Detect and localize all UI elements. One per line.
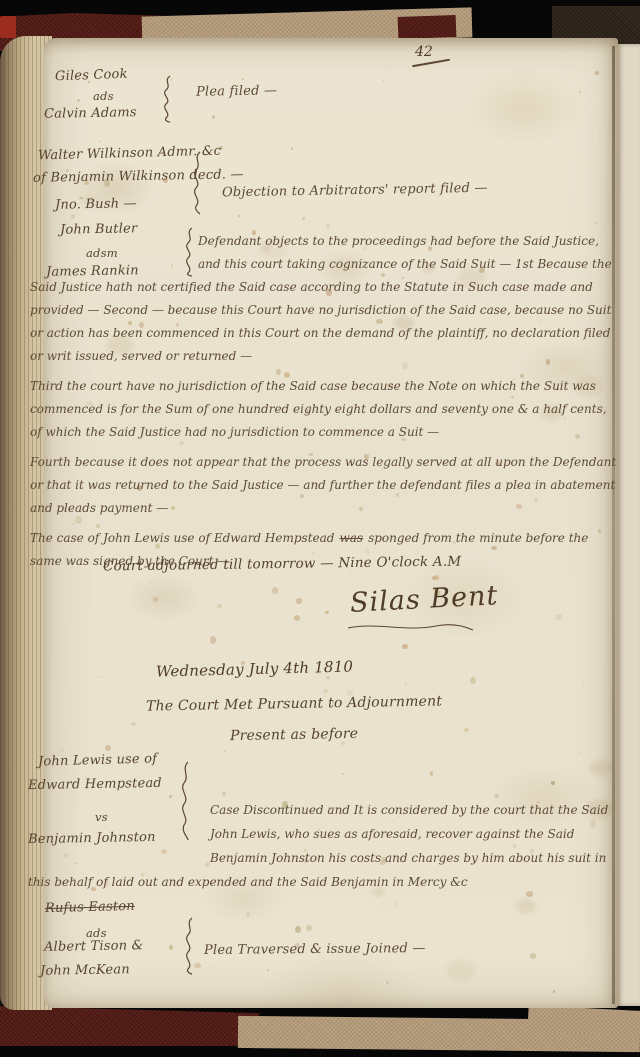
sponged-note-struck-word: was <box>339 531 363 545</box>
docket-brace-icon <box>182 916 196 976</box>
e5-plaintiff-line1: Albert Tison & <box>44 938 144 955</box>
docket-brace-icon <box>190 150 204 216</box>
docket-brace-icon <box>160 74 174 124</box>
e5-defendant-struck: Rufus Easton <box>45 899 135 916</box>
e4-judgment-text: Case Discontinued and It is considered b… <box>28 798 624 894</box>
session-date: Wednesday July 4th 1810 <box>156 657 354 680</box>
signature-flourish <box>346 620 476 634</box>
e3-paragraph-3: Fourth because it does not appear that t… <box>30 451 622 520</box>
judge-signature: Silas Bent <box>349 580 499 619</box>
manuscript-photo: 42 Giles Cook ads Calvin Adams Plea file… <box>0 0 640 1057</box>
e3-paragraph-1: Defendant objects to the proceedings had… <box>30 230 622 368</box>
e3-name-extra: Jno. Bush — <box>55 196 137 212</box>
e1-ads-abbrev: ads <box>93 89 114 103</box>
e1-plaintiff: Calvin Adams <box>44 105 137 122</box>
e4-plaintiff-line1: John Lewis use of <box>38 751 158 769</box>
margin-flow-spacer <box>28 798 210 870</box>
e1-defendant: Giles Cook <box>55 67 128 85</box>
margin-flow-spacer <box>30 230 198 276</box>
e3-objection-text: Defendant objects to the proceedings had… <box>30 230 622 580</box>
sponged-note-pre: The case of John Lewis use of Edward Hem… <box>30 531 334 545</box>
page-number: 42 <box>415 44 433 60</box>
e3-paragraph-2: Third the court have no jurisdiction of … <box>30 375 622 444</box>
e5-order: Plea Traversed & issue Joined — <box>204 941 426 958</box>
e5-plaintiff-line2: John McKean <box>40 962 130 979</box>
e1-order: Plea filed — <box>196 83 277 99</box>
session-met-line: The Court Met Pursuant to Adjournment <box>146 693 442 714</box>
handwriting-layer: 42 Giles Cook ads Calvin Adams Plea file… <box>0 0 640 1057</box>
session-present-line: Present as before <box>230 726 358 744</box>
e2-party-line2: of Benjamin Wilkinson decd. — <box>33 167 244 186</box>
e2-order: Objection to Arbitrators' report filed — <box>222 181 488 201</box>
e4-plaintiff-line2: Edward Hempstead <box>28 776 162 793</box>
